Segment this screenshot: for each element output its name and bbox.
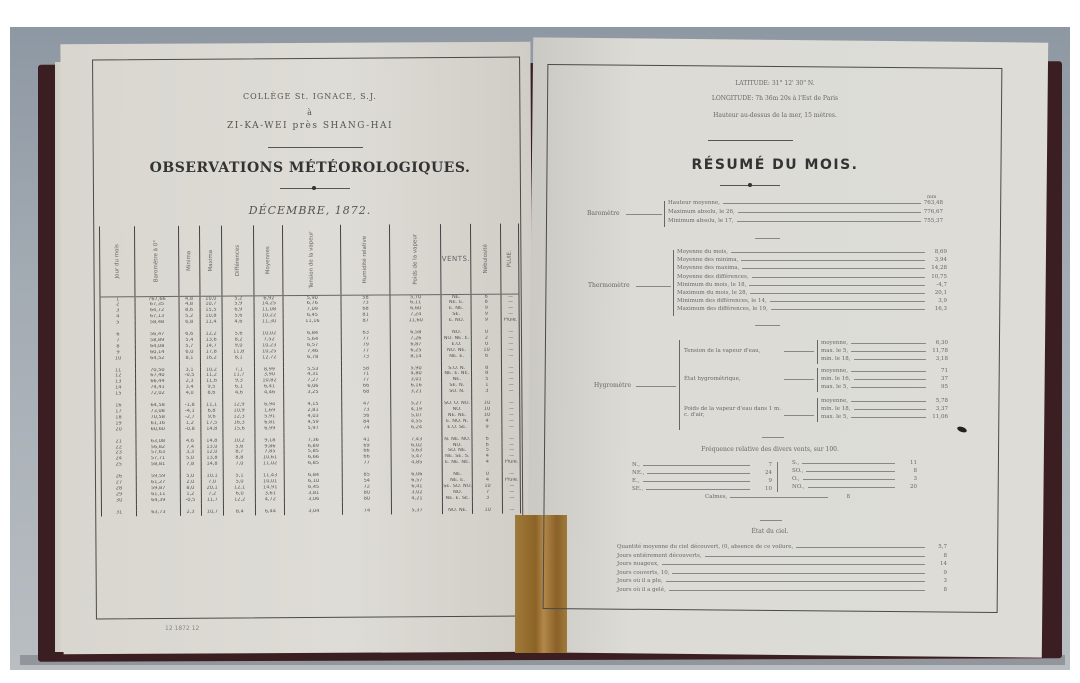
resume-ornament-dot xyxy=(748,183,752,187)
barometer-entry-value: 763,48 xyxy=(921,200,943,206)
thermometer-entry-label: Moyenne du mois, xyxy=(677,249,731,255)
wind-entry: NE.,24 xyxy=(632,470,772,476)
wind-entry-value: 20 xyxy=(895,484,917,490)
wind-entry: O.,3 xyxy=(792,476,917,482)
hygrometer-entry: min. le 18,3,18 xyxy=(821,356,948,362)
thermometer-entry-value: 3,94 xyxy=(925,257,947,263)
barometer-connector xyxy=(626,214,662,215)
wind-entry-label: SE., xyxy=(632,486,646,492)
wind-calm-entry: Calmes,8 xyxy=(705,494,850,500)
table-cell: 63,73 xyxy=(137,510,180,516)
leader-line xyxy=(705,556,925,557)
hygrometer-entry-label: moyenne, xyxy=(821,340,851,346)
wind-entry-label: E., xyxy=(632,478,643,484)
leader-line xyxy=(854,359,926,360)
leader-line xyxy=(851,343,926,344)
sky-entry: Quantité moyenne du ciel découvert, (0, … xyxy=(617,544,947,550)
thermometer-entry-label: Moyenne des minima, xyxy=(677,257,741,263)
thermometer-entry-value: 8,69 xyxy=(925,249,947,255)
hygrometer-entry-value: 3,18 xyxy=(926,356,948,362)
observations-table: Jour du mois Baromètre à 0° Minima Maxim… xyxy=(99,224,521,517)
wind-entry-value: 9 xyxy=(750,478,772,484)
hygrometer-entry: min. le 18,3,37 xyxy=(821,406,948,412)
hygrometer-brace xyxy=(679,340,680,430)
table-cell: 5,37 xyxy=(391,508,443,514)
hygrometer-label: Hygromètre xyxy=(594,382,631,389)
section-separator-4 xyxy=(760,520,782,521)
header-day: Jour du mois xyxy=(99,226,135,296)
wind-entry: E.,9 xyxy=(632,478,772,484)
wind-entry-label: SO., xyxy=(792,468,806,474)
thermometer-label: Thermomètre xyxy=(588,282,630,289)
header-winds: VENTS. xyxy=(441,224,471,294)
header-moyennes: Moyennes xyxy=(254,225,283,295)
thermometer-entry: Moyenne des maxima,14,28 xyxy=(677,265,947,271)
wind-entry-value: 8 xyxy=(895,468,917,474)
leader-line xyxy=(647,473,750,474)
barometer-entry: Maximum absolu, le 26,776,67 xyxy=(668,209,943,215)
leader-line xyxy=(851,351,926,352)
hygrometer-group-label: État hygrométrique, xyxy=(684,376,784,382)
sky-entry: Jours nuageux,14 xyxy=(617,561,947,567)
barometer-entry-label: Minimum absolu, le 17, xyxy=(668,218,737,224)
hygrometer-entry: moyenne,6,30 xyxy=(821,340,948,346)
leader-line xyxy=(806,471,895,472)
thermometer-entry: Moyenne des différences,10,75 xyxy=(677,274,947,280)
leader-line xyxy=(749,285,925,286)
leader-line xyxy=(854,379,926,380)
thermometer-entry: Maximum des différences, le 19,16,3 xyxy=(677,306,947,312)
wind-entry-value: 11 xyxy=(895,460,917,466)
thermometer-entry-label: Moyenne des différences, xyxy=(677,274,752,280)
header-humidity-relative: Humidité relative xyxy=(341,224,390,294)
month-title: DÉCEMBRE, 1872. xyxy=(110,204,510,217)
leader-line xyxy=(731,252,925,253)
hygrometer-entry-value: 11,06 xyxy=(926,414,948,420)
leader-line xyxy=(741,260,925,261)
hygrometer-entry: moyenne,5,78 xyxy=(821,398,948,404)
sky-entry-value: 9 xyxy=(925,570,947,576)
section-separator-2 xyxy=(755,325,780,326)
barometer-label: Baromètre xyxy=(587,210,620,217)
hygrometer-entry: min. le 16,37 xyxy=(821,376,948,382)
leader-line xyxy=(851,401,926,402)
wind-entry: S.,11 xyxy=(792,460,917,466)
hygrometer-entry-label: max. le 5, xyxy=(821,348,851,354)
sky-entry: Jours où il a plu,3 xyxy=(617,578,947,584)
thermometer-entry: Minimum des différences, le 14,3,9 xyxy=(677,298,947,304)
hygrometer-entry-label: moyenne, xyxy=(821,368,851,374)
barometer-entry: Minimum absolu, le 17,755,37 xyxy=(668,218,943,224)
hygrometer-connector xyxy=(636,386,676,387)
sky-entry-value: 5,7 xyxy=(925,544,947,550)
sky-title: État du ciel. xyxy=(580,528,960,535)
leader-line xyxy=(730,497,828,498)
barometer-entry-value: 776,67 xyxy=(921,209,943,215)
barometer-entry-label: Maximum absolu, le 26, xyxy=(668,209,738,215)
leader-line xyxy=(742,268,925,269)
thermometer-entry-value: -4,7 xyxy=(925,282,947,288)
hygrometer-entry: max. le 5,11,06 xyxy=(821,414,948,420)
pencil-note: 12 1872 12 xyxy=(165,625,199,632)
sky-entry: Jours couverts, 10,9 xyxy=(617,570,947,576)
hygrometer-subbrace xyxy=(817,340,818,364)
table-cell: 10,7 xyxy=(201,509,224,515)
sky-entry-label: Jours entièrement découverts, xyxy=(617,553,705,559)
hygrometer-entry-value: 37 xyxy=(926,376,948,382)
hygrometer-entry-value: 3,37 xyxy=(926,406,948,412)
leader-line xyxy=(802,463,895,464)
hygrometer-subbrace xyxy=(817,398,818,422)
section-separator-3 xyxy=(762,437,784,438)
leader-line xyxy=(737,221,921,222)
institution-text: COLLÈGE St. IGNACE, S.J. xyxy=(110,92,510,101)
thermometer-entry-label: Minimum des différences, le 14, xyxy=(677,298,770,304)
wind-entry: SE.,10 xyxy=(632,486,772,492)
hygrometer-entry-label: min. le 16, xyxy=(821,376,854,382)
observations-title: OBSERVATIONS MÉTÉOROLOGIQUES. xyxy=(110,160,510,176)
sky-entry-value: 3 xyxy=(925,578,947,584)
sky-entry-label: Jours nuageux, xyxy=(617,561,662,567)
hygrometer-entry-value: 6,30 xyxy=(926,340,948,346)
hygrometer-subbrace xyxy=(817,368,818,392)
header-minima: Minima xyxy=(178,226,200,296)
leader-line xyxy=(750,293,925,294)
thermometer-entry-value: 14,28 xyxy=(925,265,947,271)
table-cell: 6,44 xyxy=(256,509,285,515)
table-cell: NE. E. SE. xyxy=(443,496,473,502)
leader-line xyxy=(796,547,925,548)
wind-entry-label: NO., xyxy=(792,484,808,490)
barometer-entry: Hauteur moyenne,763,48 xyxy=(668,200,943,206)
hygrometer-entry-label: max. le 5, xyxy=(821,384,851,390)
thermometer-entry-label: Minimum du mois, le 18, xyxy=(677,282,749,288)
wind-entry-label: NE., xyxy=(632,470,647,476)
table-cell: 31 xyxy=(101,510,136,516)
hygrometer-group: Poids de la vapeur d'eau dans 1 m. c. d'… xyxy=(684,406,814,418)
table-cell: 8,4 xyxy=(224,509,256,515)
sky-entry-label: Jours où il a plu, xyxy=(617,578,666,584)
thermometer-entry: Moyenne des minima,3,94 xyxy=(677,257,947,263)
leader-line xyxy=(770,301,925,302)
leader-line xyxy=(662,564,925,565)
hygrometer-entry-value: 71 xyxy=(926,368,948,374)
wind-entry: SO.,8 xyxy=(792,468,917,474)
thermometer-entry-label: Maximum des différences, le 19, xyxy=(677,306,771,312)
header-maxima: Maxima xyxy=(199,226,222,296)
table-cell: E. NE. NE. xyxy=(443,460,473,466)
latitude-text: LATITUDE: 31° 12' 30" N. xyxy=(560,80,990,87)
leader-line xyxy=(808,487,896,488)
wind-entry: NO.,20 xyxy=(792,484,917,490)
barometer-entry-label: Hauteur moyenne, xyxy=(668,200,723,206)
hygrometer-group-label: Tension de la vapeur d'eau, xyxy=(684,348,784,354)
location-text: ZI-KA-WEI près SHANG-HAI xyxy=(110,121,510,131)
winds-title: Fréquence relative des divers vents, sur… xyxy=(580,446,960,453)
sky-entry: Jours où il a gelé,8 xyxy=(617,587,947,593)
sky-entry-label: Jours couverts, 10, xyxy=(617,570,672,576)
leader-line xyxy=(854,409,926,410)
wind-entry-value: 7 xyxy=(750,462,772,468)
wind-entry-value: 24 xyxy=(750,470,772,476)
hygrometer-entry-label: max. le 5, xyxy=(821,414,851,420)
wind-entry-value: 10 xyxy=(750,486,772,492)
thermometer-entry-value: 10,75 xyxy=(925,274,947,280)
thermometer-entry-label: Maximum du mois, le 28, xyxy=(677,290,750,296)
barometer-brace xyxy=(664,201,665,227)
leader-line xyxy=(738,212,921,213)
wind-entry: N.,7 xyxy=(632,462,772,468)
leader-line xyxy=(666,581,925,582)
wind-calm-entry-value: 8 xyxy=(828,494,850,500)
thermometer-entry-value: 16,3 xyxy=(925,306,947,312)
section-separator xyxy=(755,238,780,239)
table-cell: NO. NE. xyxy=(443,508,473,514)
sky-entry-value: 8 xyxy=(925,553,947,559)
sky-entry: Jours entièrement découverts,8 xyxy=(617,553,947,559)
hygrometer-entry-value: 95 xyxy=(926,384,948,390)
wind-entry-label: N., xyxy=(632,462,643,468)
longitude-text: LONGITUDE: 7h 36m 20s à l'Est de Paris xyxy=(560,95,990,102)
header-vapor-weight: Poids de la vapeur xyxy=(389,224,441,294)
altitude-text: Hauteur au-dessus de la mer, 15 mètres. xyxy=(560,112,990,119)
hygrometer-entry: moyenne,71 xyxy=(821,368,948,374)
leader-line xyxy=(851,387,926,388)
thermometer-connector xyxy=(636,286,671,287)
hygrometer-group: Tension de la vapeur d'eau, xyxy=(684,348,814,354)
hygrometer-group: État hygrométrique, xyxy=(684,376,814,382)
header-differences: Différences xyxy=(222,225,255,295)
thermometer-entry: Moyenne du mois,8,69 xyxy=(677,249,947,255)
header-rain: PLUIE. xyxy=(501,224,519,294)
table-cell: — xyxy=(503,507,521,513)
preposition-text: à xyxy=(110,108,510,117)
header-rule xyxy=(708,140,793,141)
wind-calm-entry-label: Calmes, xyxy=(705,494,730,500)
wind-entry-label: O., xyxy=(792,476,803,482)
header-cloud: Nébulosité xyxy=(471,224,502,294)
leader-line xyxy=(851,417,926,418)
table-cell: 2,3 xyxy=(180,509,201,515)
winds-divider xyxy=(777,462,778,492)
barometer-entry-value: 755,37 xyxy=(921,218,943,224)
wind-entry-value: 3 xyxy=(895,476,917,482)
leader-line xyxy=(672,573,925,574)
ornament-dot xyxy=(312,186,316,190)
resume-title: RÉSUMÉ DU MOIS. xyxy=(560,157,990,173)
header-tension: Tension de la vapeur xyxy=(283,225,341,295)
table-cell: 3,04 xyxy=(285,508,343,514)
hygrometer-entry-value: 5,78 xyxy=(926,398,948,404)
table-cell: 10 xyxy=(473,507,503,513)
leader-line xyxy=(646,489,750,490)
leader-line xyxy=(752,277,925,278)
sky-entry-label: Quantité moyenne du ciel découvert, (0, … xyxy=(617,544,796,550)
thermometer-entry: Maximum du mois, le 28,20,1 xyxy=(677,290,947,296)
leader-line xyxy=(851,371,926,372)
wind-entry-label: S., xyxy=(792,460,802,466)
hygrometer-entry: max. le 5,95 xyxy=(821,384,948,390)
hygrometer-entry-label: min. le 18, xyxy=(821,356,854,362)
thermometer-brace xyxy=(673,250,674,316)
title-rule xyxy=(268,147,363,148)
table-cell: Pluie. xyxy=(502,318,520,324)
thermometer-entry-label: Moyenne des maxima, xyxy=(677,265,742,271)
header-barometer: Baromètre à 0° xyxy=(135,226,179,296)
hygrometer-entry-label: min. le 18, xyxy=(821,406,854,412)
hygrometer-entry: max. le 5,11,78 xyxy=(821,348,948,354)
leader-line xyxy=(643,481,750,482)
hygrometer-entry-value: 11,78 xyxy=(926,348,948,354)
leader-line xyxy=(669,590,925,591)
leader-line xyxy=(723,203,921,204)
thermometer-entry-value: 20,1 xyxy=(925,290,947,296)
table-cell: 74 xyxy=(343,508,392,514)
thermometer-entry-value: 3,9 xyxy=(925,298,947,304)
leader-line xyxy=(643,465,750,466)
sky-entry-label: Jours où il a gelé, xyxy=(617,587,669,593)
table-cell: Pluie. xyxy=(503,460,521,466)
leader-line xyxy=(771,309,925,310)
leader-line xyxy=(803,479,895,480)
sky-entry-value: 14 xyxy=(925,561,947,567)
thermometer-entry: Minimum du mois, le 18,-4,7 xyxy=(677,282,947,288)
sky-entry-value: 8 xyxy=(925,587,947,593)
hygrometer-group-label: Poids de la vapeur d'eau dans 1 m. c. d'… xyxy=(684,406,784,418)
observations-table-body: 1767,664,810,05,26,925,90585,70NE.6—267,… xyxy=(100,294,521,517)
hygrometer-entry-label: moyenne, xyxy=(821,398,851,404)
